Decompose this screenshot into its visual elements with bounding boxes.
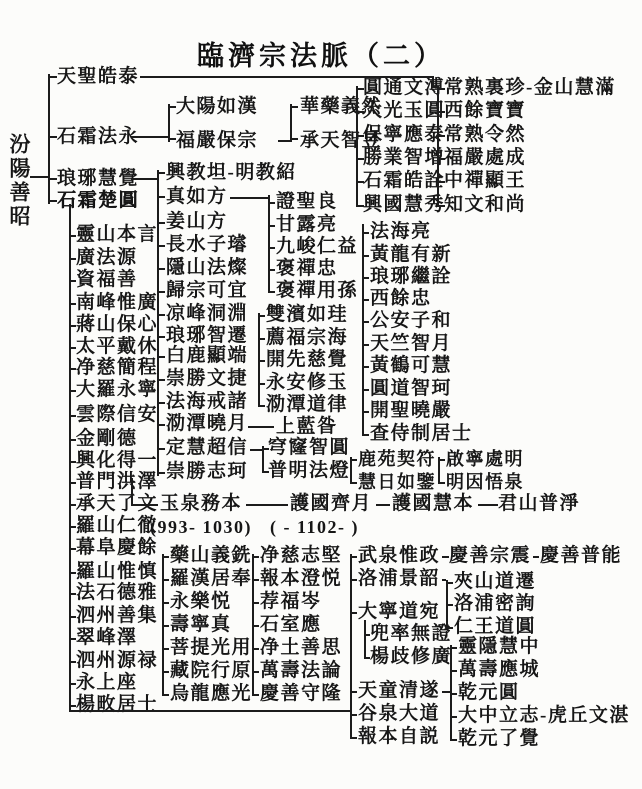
lineage-node: 谷泉大道: [358, 704, 440, 724]
connector-line: [356, 86, 358, 207]
lineage-node: 證聖良: [276, 192, 338, 212]
lineage-node: 琅琊繼詮: [370, 267, 452, 287]
connector-line: [258, 338, 265, 340]
connector-line: [131, 504, 158, 506]
lineage-node: 護國齊月: [290, 494, 372, 514]
lineage-node: 天聖皓泰: [57, 67, 139, 87]
connector-line: [446, 582, 453, 584]
lineage-node: 大寧道宛: [358, 602, 440, 622]
connector-line: [362, 344, 369, 346]
lineage-node: 凉峰洞淵: [166, 304, 248, 324]
lineage-node: 西餘忠: [370, 289, 432, 309]
connector-line: [69, 705, 76, 707]
lineage-node: 乾元圓: [458, 683, 520, 703]
connector-line: [69, 280, 76, 282]
connector-line: [350, 714, 357, 716]
lineage-node: 藥山義銑: [170, 546, 252, 566]
lineage-node: 石霜皓詮: [363, 171, 445, 191]
connector-line: [48, 200, 57, 202]
connector-line: [157, 196, 165, 198]
connector-line: [157, 314, 165, 316]
connector-line: [157, 291, 165, 293]
lineage-node: 慶善普能: [540, 546, 622, 566]
lineage-node: 西餘寶寶: [444, 101, 526, 121]
connector-line: [252, 602, 259, 604]
connector-line: [69, 258, 76, 260]
connector-line: [69, 638, 76, 640]
connector-line: [350, 691, 357, 693]
lineage-node: 真如方: [166, 187, 228, 207]
connector-line: [250, 449, 262, 451]
connector-line: [364, 634, 370, 636]
lineage-node: 大羅永寧: [76, 380, 158, 400]
connector-line: [262, 446, 264, 473]
connector-line: [48, 178, 57, 180]
lineage-node: 崇勝志珂: [166, 462, 248, 482]
lineage-node: 福嚴保宗: [176, 131, 258, 151]
connector-line: [437, 88, 445, 90]
lineage-node: 褒禪忠: [276, 259, 338, 279]
lineage-node: 福嚴處成: [444, 148, 526, 168]
connector-line: [30, 176, 48, 178]
connector-line: [248, 426, 274, 428]
lineage-node: 羅漢居奉: [170, 569, 252, 589]
connector-line: [246, 504, 288, 506]
lineage-node: 知文和尚: [444, 195, 526, 215]
lineage-node: 乾元了覺: [458, 729, 540, 749]
connector-line: [533, 556, 539, 558]
lineage-node: 報本自説: [358, 727, 440, 747]
lineage-node: 法海亮: [370, 222, 432, 242]
connector-line: [157, 172, 165, 174]
connector-line: [230, 197, 268, 199]
lineage-node: 石室應: [260, 615, 322, 635]
lineage-node: 藏院行原: [170, 661, 252, 681]
lineage-node: 羅山惟慎: [76, 562, 158, 582]
lineage-node: 普門洪澤: [76, 472, 158, 492]
lineage-node: 琅琊慧覺: [57, 169, 139, 189]
lineage-node: 勝業智增: [363, 148, 445, 168]
connector-line: [69, 504, 76, 506]
connector-line: [69, 683, 76, 685]
connector-line: [450, 693, 457, 695]
connector-line: [437, 158, 445, 160]
connector-line: [258, 405, 265, 407]
connector-line: [162, 579, 169, 581]
lineage-node: 薦福宗海: [266, 328, 348, 348]
connector-line: [437, 86, 439, 207]
lineage-node: 靈山本言: [76, 225, 158, 245]
lineage-node: 慧日如鑒: [358, 473, 436, 492]
connector-line: [168, 106, 176, 108]
connector-line: [446, 604, 453, 606]
connector-line: [268, 225, 275, 227]
lineage-node: 壽寧真: [170, 615, 232, 635]
connector-line: [364, 657, 370, 659]
connector-line: [478, 504, 498, 506]
lineage-node: 武泉惟政: [358, 546, 440, 566]
lineage-node: 净土善思: [260, 638, 342, 658]
connector-line: [69, 235, 76, 237]
lineage-node: 萬壽法論: [260, 661, 342, 681]
connector-line: [131, 178, 157, 180]
lineage-node: 羅山仁徹: [76, 516, 158, 536]
connector-line: [437, 181, 445, 183]
connector-line: [356, 88, 364, 90]
connector-line: [252, 625, 259, 627]
lineage-node: 兜率無證: [370, 624, 452, 644]
connector-line: [268, 291, 275, 293]
connector-line: [69, 303, 76, 305]
lineage-node: 蔣山保心: [76, 315, 158, 335]
lineage-node: 查侍制居士: [370, 424, 473, 444]
connector-line: [69, 572, 76, 574]
lineage-node: 興國慧秀: [363, 195, 445, 215]
connector-line: [162, 694, 169, 696]
lineage-node: 鹿苑契符: [358, 450, 436, 469]
connector-line: [450, 739, 457, 741]
lineage-node: 菩提光用: [170, 638, 252, 658]
connector-line: [362, 389, 369, 391]
lineage-node: 慶善宗震: [449, 546, 531, 566]
connector-line: [258, 360, 265, 362]
connector-line: [362, 366, 369, 368]
lineage-node: 琅琊智遷: [166, 326, 248, 346]
connector-line: [157, 424, 165, 426]
lineage-node: 保寧應泰: [363, 125, 445, 145]
connector-line: [437, 135, 445, 137]
connector-line: [69, 439, 76, 441]
lineage-node: 法石德雅: [76, 583, 158, 603]
connector-line: [157, 170, 159, 476]
lineage-node: 護國慧本: [392, 494, 474, 514]
connector-line: [69, 347, 76, 349]
connector-line: [442, 556, 449, 558]
connector-line: [157, 356, 165, 358]
connector-line: [278, 140, 290, 142]
lineage-node: 開先慈覺: [266, 350, 348, 370]
connector-line: [157, 336, 165, 338]
connector-line: [157, 448, 165, 450]
lineage-node: 崇勝文捷: [166, 369, 248, 389]
lineage-node: 夾山道遷: [454, 572, 536, 592]
lineage-node: 泐潭曉月: [166, 414, 248, 434]
connector-line: [450, 670, 457, 672]
connector-line: [268, 247, 275, 249]
lineage-node: 常熟令然: [444, 125, 526, 145]
connector-line: [69, 482, 76, 484]
lineage-node: 九峻仁益: [276, 237, 358, 257]
connector-line: [168, 138, 176, 140]
connector-line: [162, 625, 169, 627]
connector-line: [157, 379, 165, 381]
connector-line: [48, 76, 57, 78]
lineage-node: 石霜法永: [57, 127, 139, 147]
connector-line: [252, 648, 259, 650]
lineage-node: 雲際信安: [76, 405, 158, 425]
lineage-node: 萬壽應城: [458, 660, 540, 680]
lineage-node: 歸宗可宜: [166, 281, 248, 301]
connector-line: [438, 457, 440, 484]
connector-line: [362, 434, 369, 436]
connector-line: [350, 556, 357, 558]
connector-line: [162, 671, 169, 673]
lineage-node: 泗州善集: [76, 606, 158, 626]
connector-line: [362, 232, 369, 234]
lineage-node: 明因悟泉: [446, 473, 524, 492]
connector-line: [252, 671, 259, 673]
lineage-node: 永安修玉: [266, 373, 348, 393]
connector-line: [131, 478, 133, 506]
connector-line: [69, 368, 76, 370]
connector-line: [350, 457, 352, 484]
connector-line: [350, 612, 357, 614]
lineage-chart: 臨濟宗法脈（二） 汾陽善昭天聖皓泰石霜法永琅琊慧覺石霜楚圓大陽如漢福嚴保宗華藥義…: [0, 0, 642, 789]
lineage-node: 幕阜慶餘: [76, 538, 158, 558]
connector-line: [69, 548, 76, 550]
connector-line: [268, 195, 270, 293]
connector-line: [157, 472, 165, 474]
connector-line: [69, 526, 76, 528]
lineage-node: 隱山法燦: [166, 258, 248, 278]
connector-line: [48, 74, 50, 204]
lineage-node: 净慈簡程: [76, 358, 158, 378]
connector-line: [162, 648, 169, 650]
lineage-node: 天竺智月: [370, 334, 452, 354]
connector-line: [157, 245, 165, 247]
lineage-node: 大中立志-虎丘文湛: [458, 706, 630, 726]
lineage-node: 净慈志堅: [260, 546, 342, 566]
connector-line: [258, 315, 265, 317]
lineage-node: 玉泉務本: [160, 494, 242, 514]
lineage-node: 太平戴休: [76, 337, 158, 357]
connector-line: [69, 616, 76, 618]
lineage-node: 法海戒諸: [166, 392, 248, 412]
connector-line: [252, 579, 259, 581]
lineage-node: 金剛德: [76, 429, 138, 449]
connector-line: [290, 106, 298, 108]
connector-line: [437, 111, 445, 113]
lineage-node: 長水子璿: [166, 235, 248, 255]
lineage-node: 慶善守隆: [260, 684, 342, 704]
lineage-node: 普明法燈: [268, 461, 350, 481]
connector-line: [356, 158, 364, 160]
connector-line: [69, 461, 76, 463]
connector-line: [69, 390, 76, 392]
connector-line: [268, 269, 275, 271]
connector-line: [362, 299, 369, 301]
connector-line: [350, 579, 357, 581]
lineage-node: 南峰惟廣: [76, 293, 158, 313]
lineage-node: ( - 1102- ): [270, 518, 359, 537]
lineage-node: 常熟裏珍-金山慧滿: [444, 78, 616, 98]
lineage-node: 公安子和: [370, 311, 452, 331]
connector-line: [69, 325, 76, 327]
lineage-node: 仁王道圓: [454, 617, 536, 637]
connector-line: [437, 205, 445, 207]
connector-line: [290, 104, 292, 142]
connector-line: [252, 694, 259, 696]
lineage-node: 褒禪用孫: [276, 281, 358, 301]
lineage-node: 大光玉圓: [363, 101, 445, 121]
connector-line: [69, 661, 76, 663]
connector-line: [356, 135, 364, 137]
lineage-node: 泗州源禄: [76, 651, 158, 671]
connector-line: [350, 459, 357, 461]
lineage-node: 永樂悦: [170, 592, 232, 612]
lineage-node: 楊歧修廣: [370, 647, 452, 667]
lineage-node: 興化得一: [76, 451, 158, 471]
connector-line: [438, 482, 445, 484]
connector-line: [69, 710, 352, 712]
lineage-node: 雙濱如珪: [266, 305, 348, 325]
connector-line: [362, 255, 369, 257]
lineage-node: 黃鶴可慧: [370, 356, 452, 376]
lineage-node: 翠峰澤: [76, 628, 138, 648]
connector-line: [258, 383, 265, 385]
lineage-node: 上藍昝: [276, 417, 338, 437]
connector-line: [450, 647, 457, 649]
connector-line: [157, 268, 165, 270]
connector-line: [168, 104, 170, 142]
connector-line: [446, 627, 453, 629]
lineage-node: 大陽如漢: [176, 97, 258, 117]
connector-line: [48, 136, 57, 138]
connector-line: [140, 76, 432, 78]
lineage-node: 白鹿顯端: [166, 346, 248, 366]
connector-line: [362, 277, 369, 279]
lineage-node: 荐福岑: [260, 592, 322, 612]
lineage-node: 甘露亮: [276, 215, 338, 235]
connector-line: [356, 111, 364, 113]
patriarch-node: 汾陽善昭: [8, 133, 30, 229]
connector-line: [376, 504, 390, 506]
connector-line: [162, 602, 169, 604]
lineage-node: 興教坦-明教紹: [166, 163, 297, 183]
connector-line: [356, 205, 364, 207]
connector-line: [450, 716, 457, 718]
lineage-node: 開聖曉嚴: [370, 401, 452, 421]
connector-line: [290, 138, 298, 140]
connector-line: [362, 321, 369, 323]
lineage-node: 黃龍有新: [370, 245, 452, 265]
lineage-node: 廣法源: [76, 248, 138, 268]
connector-line: [252, 556, 259, 558]
lineage-node: 天童清遂: [358, 681, 440, 701]
connector-line: [268, 202, 275, 204]
lineage-node: 資福善: [76, 270, 138, 290]
lineage-node: (993- 1030): [150, 518, 252, 537]
connector-line: [356, 181, 364, 183]
lineage-node: 永上座: [76, 673, 138, 693]
connector-line: [442, 691, 450, 693]
lineage-node: 穹窿智圓: [268, 438, 350, 458]
connector-line: [131, 136, 168, 138]
connector-line: [350, 737, 357, 739]
connector-line: [362, 411, 369, 413]
connector-line: [262, 448, 269, 450]
lineage-node: 靈隱慧中: [458, 637, 540, 657]
lineage-node: 圓道智珂: [370, 379, 452, 399]
lineage-node: 啟寧處明: [446, 450, 524, 469]
lineage-node: 洛浦密詢: [454, 594, 536, 614]
connector-line: [438, 459, 445, 461]
lineage-node: 定慧超信: [166, 438, 248, 458]
lineage-node: 泐潭道律: [266, 395, 348, 415]
lineage-node: 君山普淨: [498, 494, 580, 514]
lineage-node: 洛浦景韶: [358, 569, 440, 589]
connector-line: [157, 222, 165, 224]
lineage-node: 烏龍應光: [170, 684, 252, 704]
connector-line: [262, 471, 269, 473]
connector-line: [162, 556, 169, 558]
lineage-node: 報本澄悦: [260, 569, 342, 589]
lineage-node: 姜山方: [166, 212, 228, 232]
lineage-node: 中禪顯王: [444, 171, 526, 191]
connector-line: [69, 415, 76, 417]
connector-line: [364, 620, 366, 658]
connector-line: [157, 402, 165, 404]
connector-line: [350, 482, 357, 484]
connector-line: [69, 593, 76, 595]
